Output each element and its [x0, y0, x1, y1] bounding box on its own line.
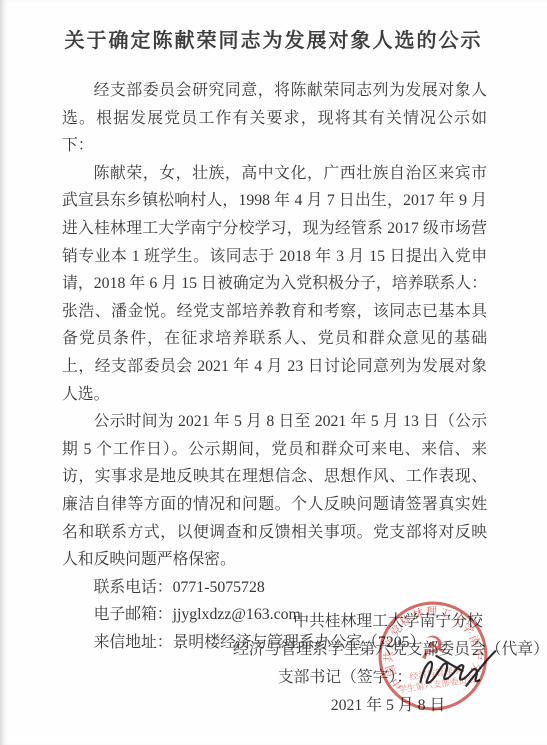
scanned-notice-page: 关于确定陈献荣同志为发展对象人选的公示 经支部委员会研究同意，将陈献荣同志列为发…: [0, 0, 547, 745]
handwritten-signature: [414, 646, 498, 692]
contact-phone-line: 联系电话：0771-5075728: [62, 574, 487, 602]
paragraph-candidate-profile: 陈献荣，女，壮族，高中文化，广西壮族自治区来宾市武宣县东乡镇松响村人，1998 …: [62, 160, 487, 408]
signer-label: 支部书记（签字）：: [278, 664, 412, 692]
paragraph-intro: 经支部委员会研究同意，将陈献荣同志列为发展对象人选。根据发展党员工作有关要求，现…: [62, 77, 487, 160]
contact-address-label: 来信地址：: [94, 634, 173, 651]
signature-org-line1: 中共桂林理工大学南宁分校: [233, 608, 543, 636]
contact-email-label: 电子邮箱：: [94, 606, 173, 623]
contact-phone-label: 联系电话：: [94, 579, 173, 596]
signature-date: 2021 年 5 月 8 日: [233, 692, 543, 720]
document-title: 关于确定陈献荣同志为发展对象人选的公示: [0, 0, 547, 53]
paragraph-notice-period: 公示时间为 2021 年 5 月 8 日至 2021 年 5 月 13 日（公示…: [62, 408, 487, 574]
signature-block: 中共桂林理工大学南宁分校 经济与管理系学生第六党支部委员会（代章） 支部书记（签…: [233, 608, 543, 720]
document-body: 经支部委员会研究同意，将陈献荣同志列为发展对象人选。根据发展党员工作有关要求，现…: [62, 77, 487, 656]
signer-line: 支部书记（签字）：: [233, 664, 543, 692]
contact-phone-value: 0771-5075728: [173, 579, 265, 596]
